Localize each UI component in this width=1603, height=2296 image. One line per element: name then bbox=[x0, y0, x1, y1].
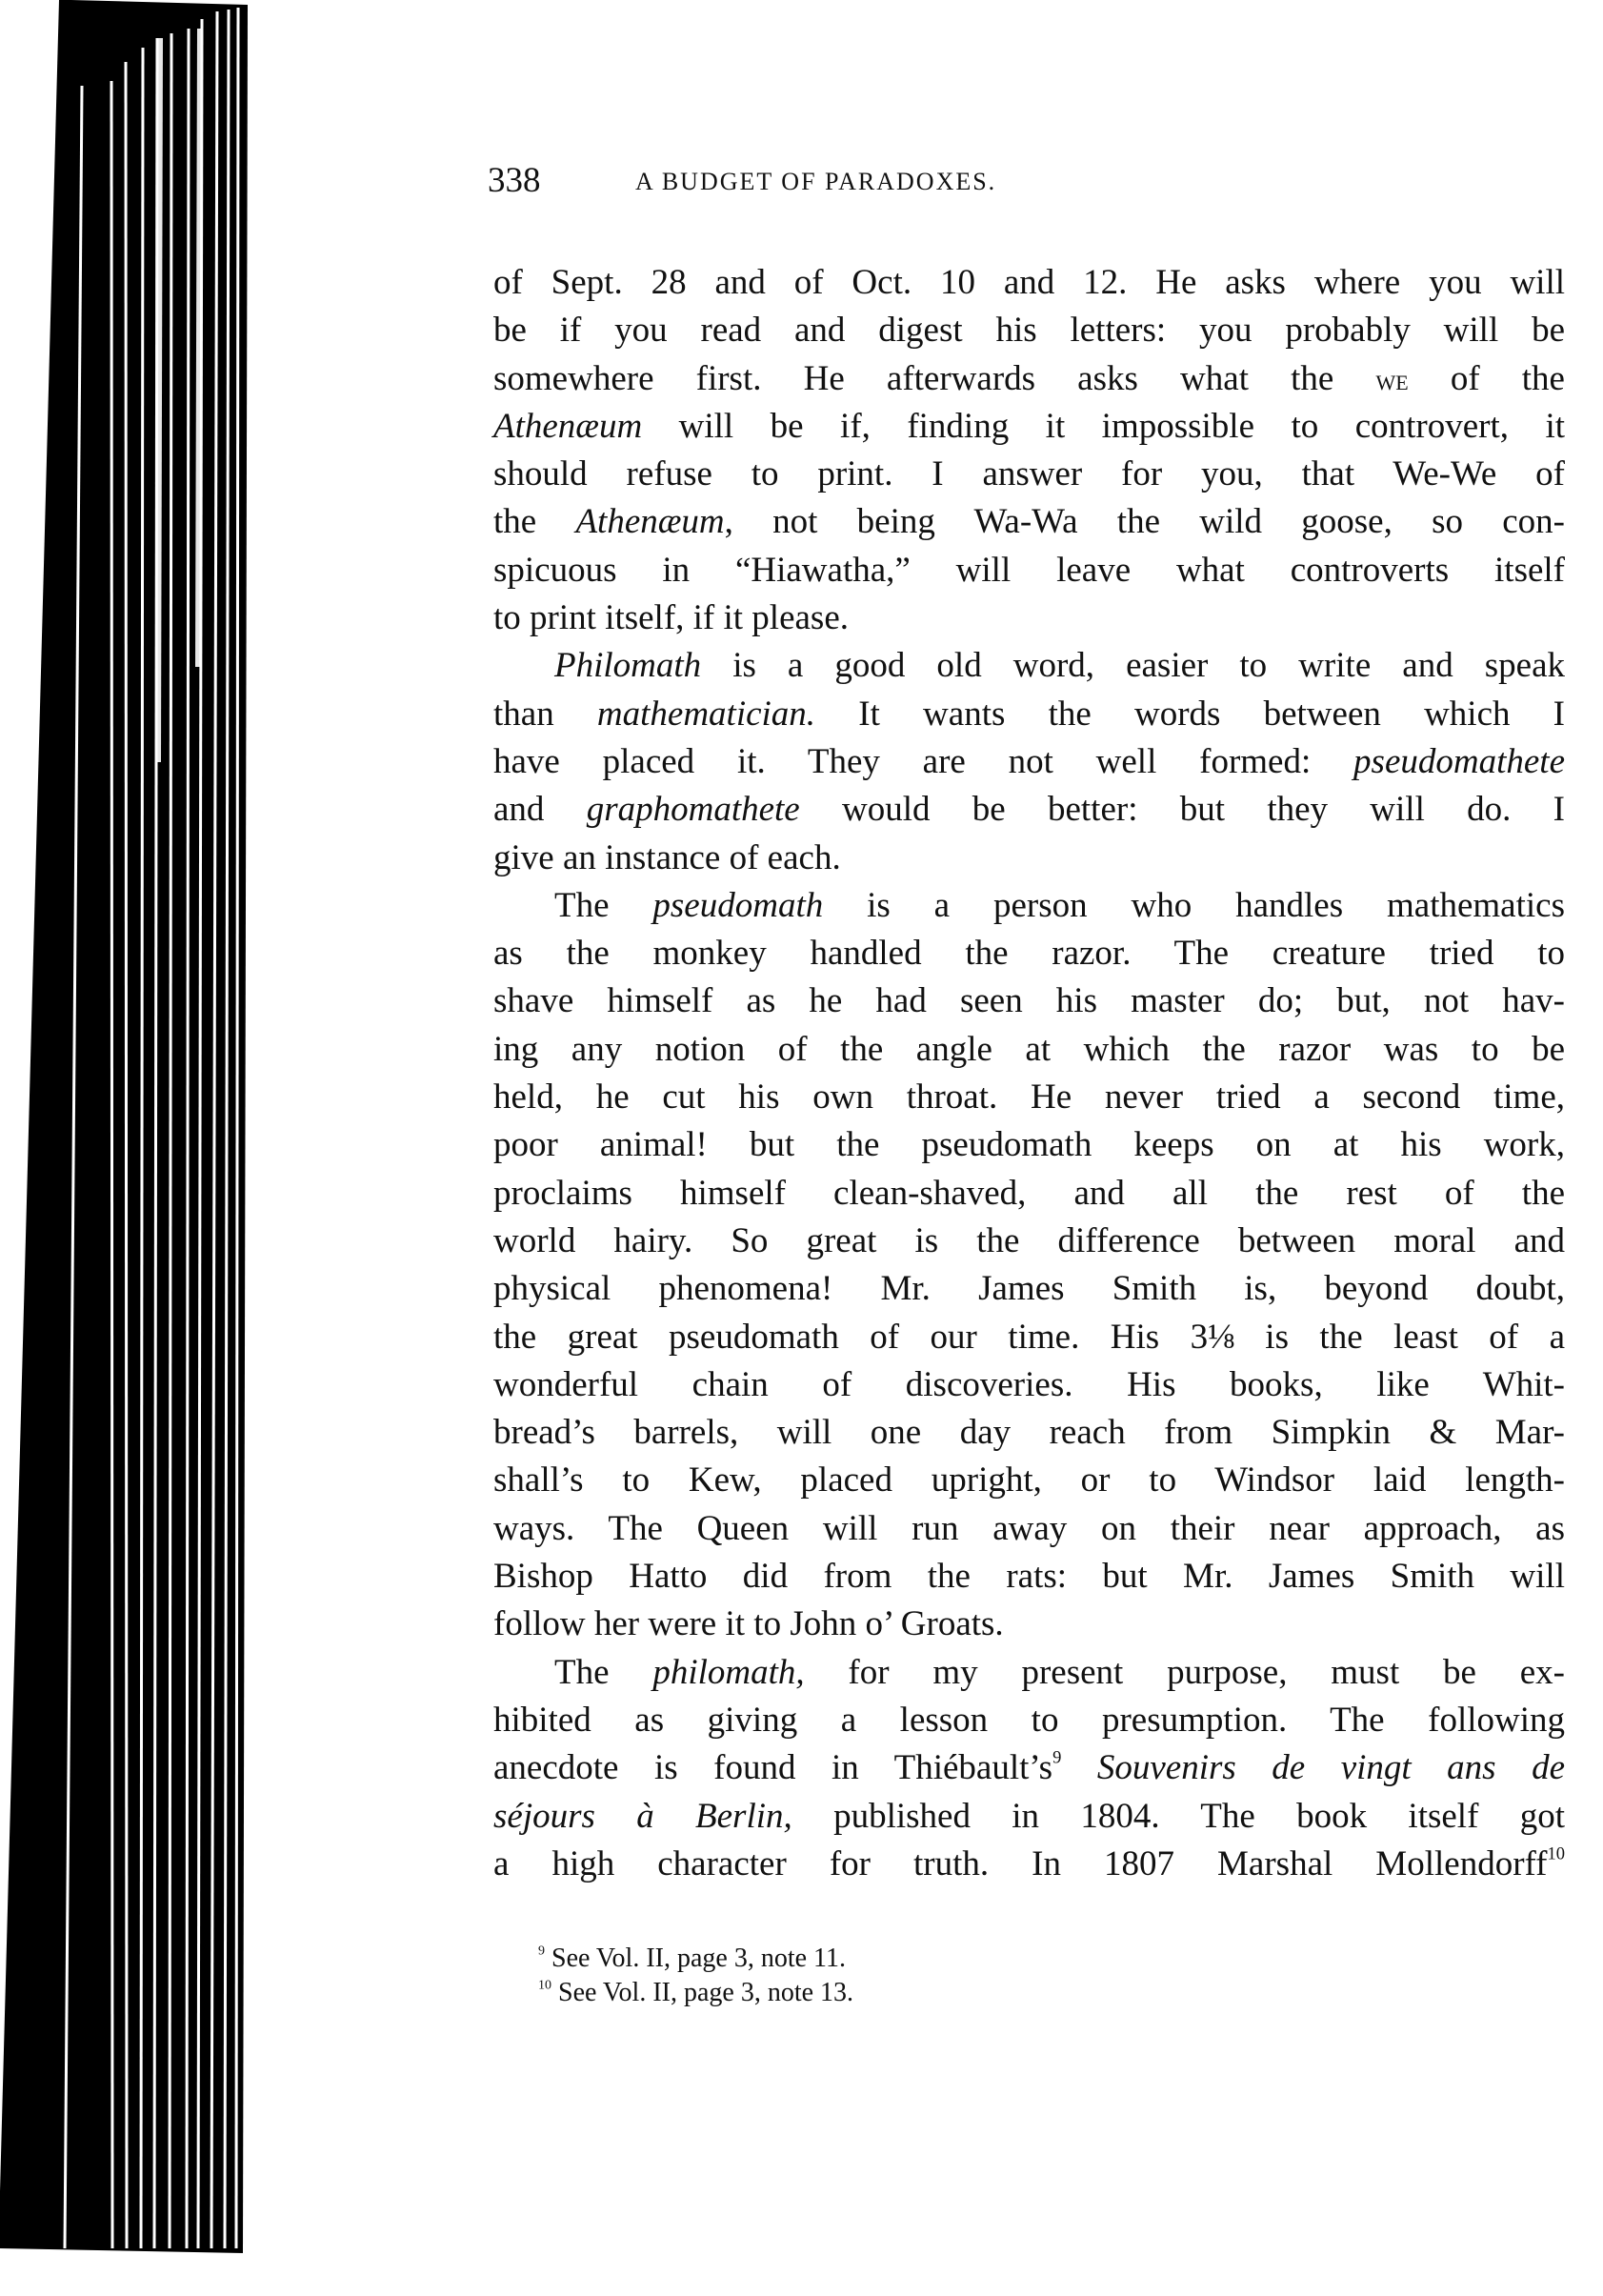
text-segment: to print itself, if it please. bbox=[493, 598, 849, 637]
text-line: poor animal! but the pseudomath keeps on… bbox=[493, 1121, 1565, 1169]
footnote-text: See Vol. II, page 3, note 11. bbox=[545, 1944, 846, 1973]
text-segment: is a good old word, easier to write and … bbox=[701, 646, 1565, 685]
text-line: hibited as giving a lesson to presumptio… bbox=[493, 1697, 1565, 1744]
footnote-marker: 9 bbox=[1052, 1749, 1061, 1768]
text-segment: poor animal! but the pseudomath keeps on… bbox=[493, 1125, 1565, 1164]
footnote-marker: 10 bbox=[1548, 1844, 1566, 1863]
text-segment: somewhere first. He afterwards asks what… bbox=[493, 359, 1375, 398]
text-segment: pseudomath bbox=[652, 886, 823, 925]
text-segment: anecdote is found in Thiébault’s bbox=[493, 1748, 1052, 1787]
text-line: held, he cut his own throat. He never tr… bbox=[493, 1074, 1565, 1121]
text-line: than mathematician. It wants the words b… bbox=[493, 691, 1565, 738]
text-segment: spicuous in “Hiawatha,” will leave what … bbox=[493, 551, 1565, 590]
text-line: The philomath, for my present purpose, m… bbox=[493, 1649, 1565, 1697]
footnote-marker: 9 bbox=[538, 1944, 545, 1958]
footnote-text: See Vol. II, page 3, note 13. bbox=[551, 1978, 853, 2007]
text-segment: for my present purpose, must be ex- bbox=[805, 1653, 1565, 1692]
text-segment: of the bbox=[1409, 359, 1565, 398]
text-segment: have placed it. They are not well formed… bbox=[493, 742, 1353, 781]
text-segment: Philomath bbox=[554, 646, 701, 685]
text-segment: should refuse to print. I answer for you… bbox=[493, 454, 1565, 493]
text-segment: , not being Wa-Wa the wild goose, so con… bbox=[725, 502, 1565, 541]
text-segment: ing any notion of the angle at which the… bbox=[493, 1030, 1565, 1069]
text-segment: would be better: but they will do. I bbox=[800, 790, 1565, 829]
footnotes: 9 See Vol. II, page 3, note 11.10 See Vo… bbox=[538, 1942, 853, 2010]
text-segment: be if you read and digest his letters: y… bbox=[493, 311, 1565, 350]
footnote: 10 See Vol. II, page 3, note 13. bbox=[538, 1976, 853, 2010]
text-segment: physical phenomena! Mr. James Smith is, … bbox=[493, 1269, 1565, 1308]
text-line: anecdote is found in Thiébault’s9 Souven… bbox=[493, 1744, 1565, 1792]
text-segment: Athenæum bbox=[493, 407, 642, 446]
text-line: shave himself as he had seen his master … bbox=[493, 977, 1565, 1025]
text-segment: Athenæum bbox=[575, 502, 724, 541]
text-line: follow her were it to John o’ Groats. bbox=[493, 1601, 1565, 1648]
text-line: world hairy. So great is the difference … bbox=[493, 1218, 1565, 1265]
text-line: shall’s to Kew, placed upright, or to Wi… bbox=[493, 1457, 1565, 1504]
footnote: 9 See Vol. II, page 3, note 11. bbox=[538, 1942, 853, 1976]
text-segment: is a person who handles mathematics bbox=[823, 886, 1565, 925]
text-line: be if you read and digest his letters: y… bbox=[493, 307, 1565, 354]
text-segment: ways. The Queen will run away on their n… bbox=[493, 1509, 1565, 1548]
body-text: of Sept. 28 and of Oct. 10 and 12. He as… bbox=[493, 259, 1565, 1888]
text-segment: Souvenirs de vingt ans de bbox=[1097, 1748, 1565, 1787]
text-line: ways. The Queen will run away on their n… bbox=[493, 1505, 1565, 1553]
text-segment: as the monkey handled the razor. The cre… bbox=[493, 934, 1565, 973]
text-segment: The bbox=[554, 886, 652, 925]
text-line: Bishop Hatto did from the rats: but Mr. … bbox=[493, 1553, 1565, 1601]
text-line: spicuous in “Hiawatha,” will leave what … bbox=[493, 547, 1565, 594]
text-segment: shall’s to Kew, placed upright, or to Wi… bbox=[493, 1460, 1565, 1500]
footnote-marker: 10 bbox=[538, 1978, 551, 1992]
text-line: wonderful chain of discoveries. His book… bbox=[493, 1361, 1565, 1409]
text-line: give an instance of each. bbox=[493, 835, 1565, 882]
text-segment bbox=[1061, 1748, 1097, 1787]
text-segment: Bishop Hatto did from the rats: but Mr. … bbox=[493, 1557, 1565, 1596]
text-segment: published in 1804. The book itself got bbox=[792, 1797, 1565, 1836]
text-line: somewhere first. He afterwards asks what… bbox=[493, 355, 1565, 403]
text-line: the Athenæum, not being Wa-Wa the wild g… bbox=[493, 498, 1565, 546]
text-segment: It wants the words between which I bbox=[815, 695, 1565, 734]
text-segment: proclaims himself clean-shaved, and all … bbox=[493, 1174, 1565, 1213]
text-segment: bread’s barrels, will one day reach from… bbox=[493, 1413, 1565, 1452]
text-segment: the bbox=[493, 502, 575, 541]
text-line: to print itself, if it please. bbox=[493, 594, 1565, 642]
text-segment: hibited as giving a lesson to presumptio… bbox=[493, 1701, 1565, 1740]
text-line: a high character for truth. In 1807 Mars… bbox=[493, 1841, 1565, 1888]
text-line: ing any notion of the angle at which the… bbox=[493, 1026, 1565, 1074]
text-line: The pseudomath is a person who handles m… bbox=[493, 882, 1565, 930]
text-segment: a high character for truth. In 1807 Mars… bbox=[493, 1844, 1548, 1883]
text-line: physical phenomena! Mr. James Smith is, … bbox=[493, 1265, 1565, 1313]
text-line: Philomath is a good old word, easier to … bbox=[493, 642, 1565, 690]
text-line: Athenæum will be if, finding it impossib… bbox=[493, 403, 1565, 451]
text-line: proclaims himself clean-shaved, and all … bbox=[493, 1170, 1565, 1218]
text-segment: séjours à Berlin, bbox=[493, 1797, 792, 1836]
text-segment: give an instance of each. bbox=[493, 838, 841, 877]
text-segment: we bbox=[1375, 363, 1408, 396]
text-segment: mathematician. bbox=[597, 695, 815, 734]
text-segment: the great pseudomath of our time. His 3⅛… bbox=[493, 1318, 1565, 1357]
text-line: as the monkey handled the razor. The cre… bbox=[493, 930, 1565, 977]
page-header: 338 A BUDGET OF PARADOXES. bbox=[488, 160, 1573, 208]
text-segment: held, he cut his own throat. He never tr… bbox=[493, 1078, 1565, 1117]
text-segment: graphomathete bbox=[587, 790, 800, 829]
text-segment: world hairy. So great is the difference … bbox=[493, 1221, 1565, 1260]
text-line: bread’s barrels, will one day reach from… bbox=[493, 1409, 1565, 1457]
running-title: A BUDGET OF PARADOXES. bbox=[635, 168, 996, 196]
text-segment: follow her were it to John o’ Groats. bbox=[493, 1604, 1004, 1643]
text-segment: philomath, bbox=[652, 1653, 804, 1692]
text-segment: than bbox=[493, 695, 597, 734]
text-line: the great pseudomath of our time. His 3⅛… bbox=[493, 1314, 1565, 1361]
text-line: have placed it. They are not well formed… bbox=[493, 738, 1565, 786]
text-segment: wonderful chain of discoveries. His book… bbox=[493, 1365, 1565, 1404]
book-page-edges-image bbox=[0, 0, 252, 2296]
text-segment: pseudomathete bbox=[1353, 742, 1565, 781]
text-line: should refuse to print. I answer for you… bbox=[493, 451, 1565, 498]
text-line: and graphomathete would be better: but t… bbox=[493, 786, 1565, 834]
text-segment: shave himself as he had seen his master … bbox=[493, 981, 1565, 1020]
text-line: séjours à Berlin, published in 1804. The… bbox=[493, 1793, 1565, 1841]
text-segment: and bbox=[493, 790, 587, 829]
text-segment: of Sept. 28 and of Oct. 10 and 12. He as… bbox=[493, 263, 1565, 302]
page-number: 338 bbox=[488, 160, 541, 201]
text-segment: will be if, finding it impossible to con… bbox=[642, 407, 1565, 446]
text-line: of Sept. 28 and of Oct. 10 and 12. He as… bbox=[493, 259, 1565, 307]
text-segment: The bbox=[554, 1653, 652, 1692]
